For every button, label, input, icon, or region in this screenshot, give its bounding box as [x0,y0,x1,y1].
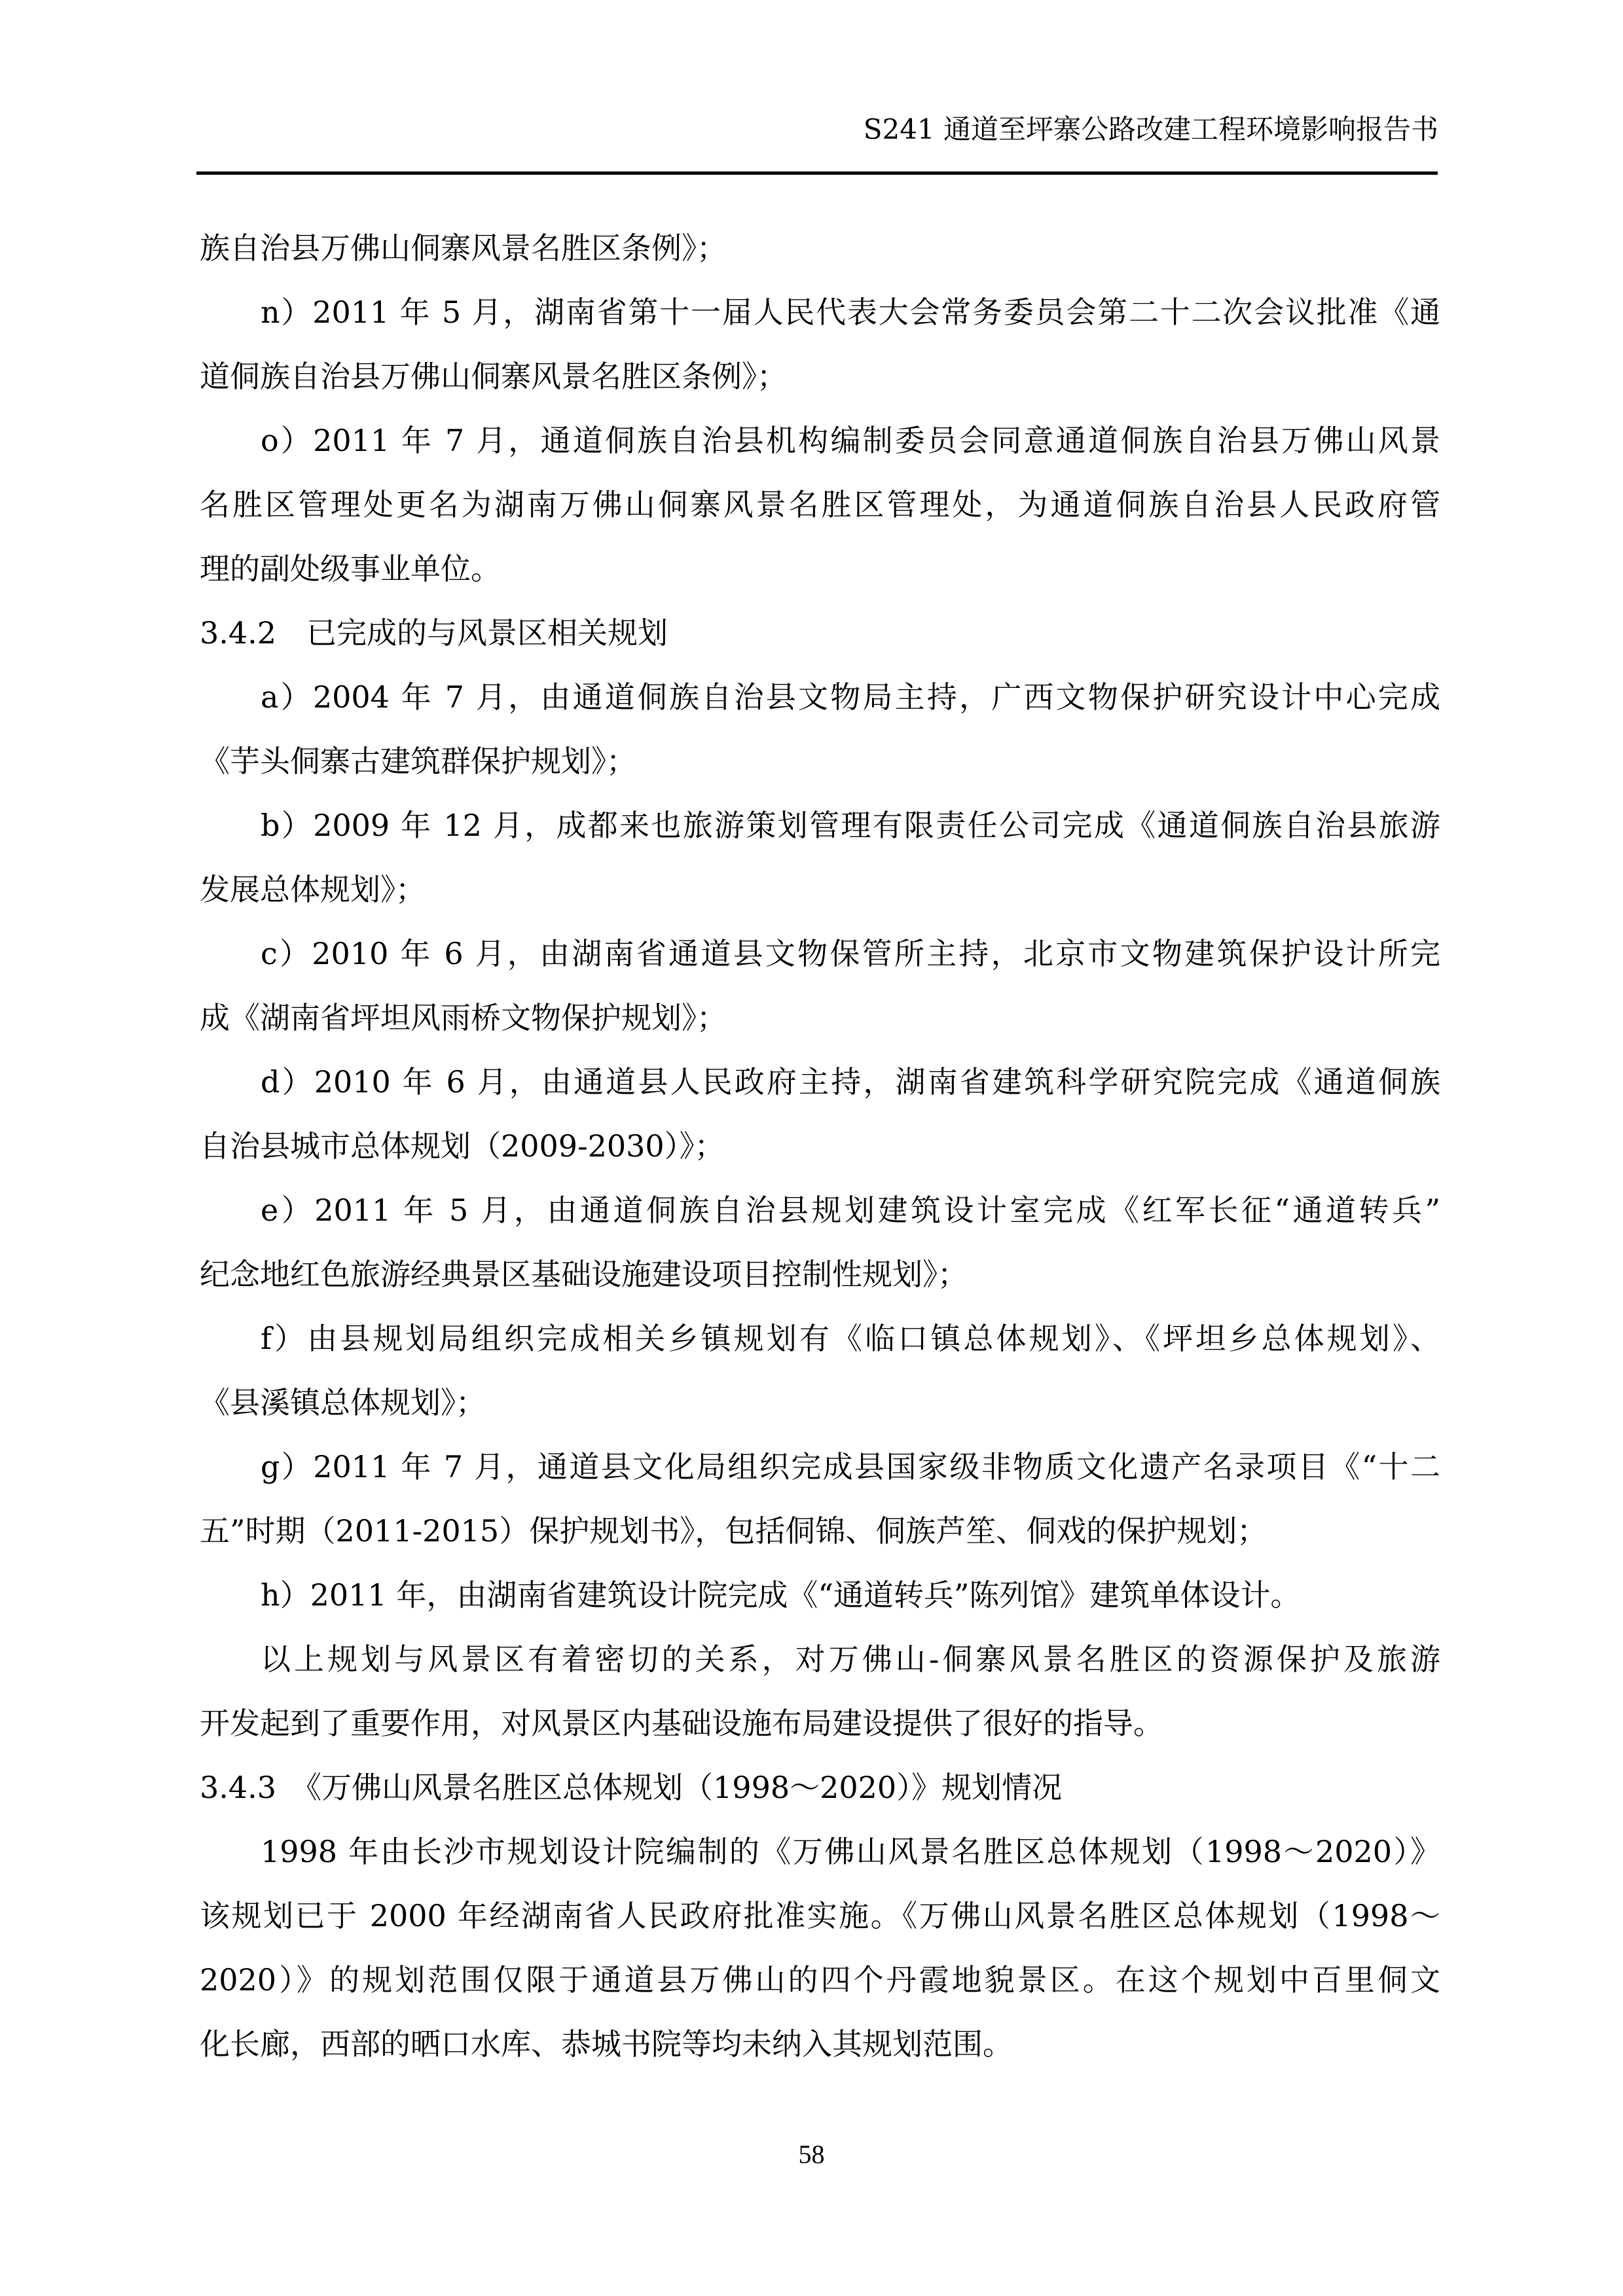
list-item-f: f）由县规划局组织完成相关乡镇规划有《临口镇总体规划》、《坪坦乡总体规划》、 [200,1306,1440,1371]
header-rule [196,171,1438,175]
section-heading-3-4-3: 3.4.3 《万佛山风景名胜区总体规划（1998～2020）》规划情况 [200,1755,1440,1820]
text-line: 自治县城市总体规划（2009-2030）》； [200,1114,1440,1178]
list-item-h: h）2011 年，由湖南省建筑设计院完成《“通道转兵”陈列馆》建筑单体设计。 [200,1563,1440,1627]
list-item-o: o）2011 年 7 月，通道侗族自治县机构编制委员会同意通道侗族自治县万佛山风… [200,408,1440,473]
section-heading-3-4-2: 3.4.2 已完成的与风景区相关规划 [200,601,1440,665]
list-item-g: g）2011 年 7 月，通道县文化局组织完成县国家级非物质文化遗产名录项目《“… [200,1435,1440,1499]
text-line: 理的副处级事业单位。 [200,537,1440,601]
text-line: 《县溪镇总体规划》； [200,1371,1440,1435]
paragraph-master-plan: 1998 年由长沙市规划设计院编制的《万佛山风景名胜区总体规划（1998～202… [200,1820,1440,1884]
list-item-d: d）2010 年 6 月，由通道县人民政府主持，湖南省建筑科学研究院完成《通道侗… [200,1050,1440,1114]
text-line: 《芋头侗寨古建筑群保护规划》； [200,729,1440,793]
text-line: 开发起到了重要作用，对风景区内基础设施布局建设提供了很好的指导。 [200,1691,1440,1755]
list-item-n: n）2011 年 5 月，湖南省第十一届人民代表大会常务委员会第二十二次会议批准… [200,280,1440,344]
text-line: 纪念地红色旅游经典景区基础设施建设项目控制性规划》； [200,1242,1440,1306]
document-header-title: S241 通道至坪寨公路改建工程环境影响报告书 [864,108,1438,147]
list-item-c: c）2010 年 6 月，由湖南省通道县文物保管所主持，北京市文物建筑保护设计所… [200,922,1440,986]
text-line: 2020）》的规划范围仅限于通道县万佛山的四个丹霞地貌景区。在这个规划中百里侗文 [200,1948,1440,2012]
list-item-a: a）2004 年 7 月，由通道侗族自治县文物局主持，广西文物保护研究设计中心完… [200,665,1440,729]
list-item-b: b）2009 年 12 月，成都来也旅游策划管理有限责任公司完成《通道侗族自治县… [200,793,1440,857]
text-line: 成《湖南省坪坦风雨桥文物保护规划》； [200,986,1440,1050]
page-number: 58 [0,2139,1623,2170]
text-line: 族自治县万佛山侗寨风景名胜区条例》； [200,216,1440,280]
text-line: 道侗族自治县万佛山侗寨风景名胜区条例》； [200,344,1440,408]
text-line: 五”时期（2011-2015）保护规划书》，包括侗锦、侗族芦笙、侗戏的保护规划； [200,1499,1440,1563]
text-line: 名胜区管理处更名为湖南万佛山侗寨风景名胜区管理处，为通道侗族自治县人民政府管 [200,473,1440,537]
paragraph-summary: 以上规划与风景区有着密切的关系，对万佛山-侗寨风景名胜区的资源保护及旅游 [200,1627,1440,1691]
list-item-e: e）2011 年 5 月，由通道侗族自治县规划建筑设计室完成《红军长征“通道转兵… [200,1178,1440,1242]
document-body: 族自治县万佛山侗寨风景名胜区条例》； n）2011 年 5 月，湖南省第十一届人… [200,216,1440,2076]
text-line: 该规划已于 2000 年经湖南省人民政府批准实施。《万佛山风景名胜区总体规划（1… [200,1884,1440,1948]
text-line: 发展总体规划》； [200,857,1440,922]
text-line: 化长廊，西部的晒口水库、恭城书院等均未纳入其规划范围。 [200,2012,1440,2076]
